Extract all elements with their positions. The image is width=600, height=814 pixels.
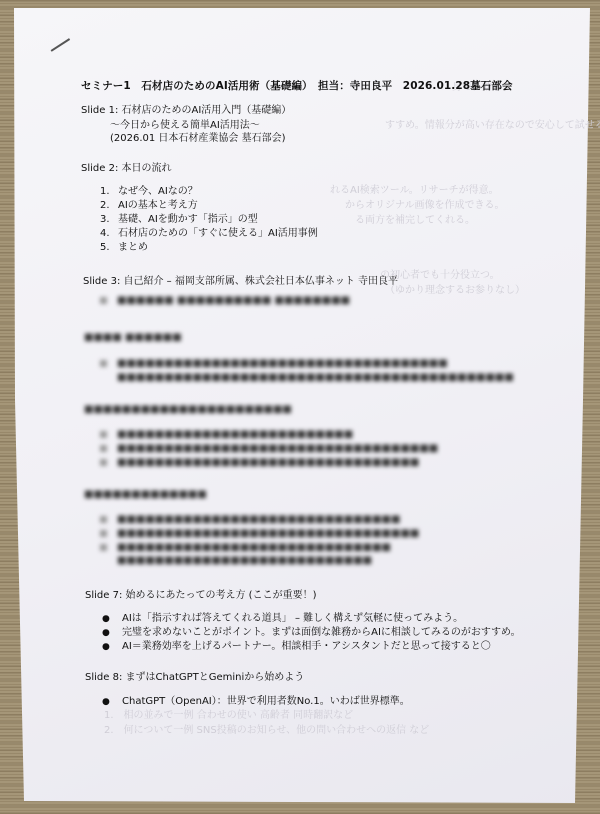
blurred-line: ■■■■■■■■■■■■■■■■■■■■■■■■■■■■■■ [100, 514, 400, 525]
blurred-line: ■■■■■■■■■■■■■■■■■■■■■■■■■ [100, 429, 353, 440]
bullet-item: ●AI＝業務効率を上げるパートナー。相談相手・アシスタントだと思って接すると〇 [102, 637, 491, 652]
blurred-line: ■■■■■■■■■■■■■■■■■■■■■■■■■■■■■■■■■■ [100, 443, 438, 454]
agenda-item: 4.石材店のための「すぐに使える」AI活用事例 [100, 224, 318, 239]
square-bullet-icon [100, 297, 107, 304]
document-header: セミナー1 石材店のためのAI活用術（基礎編） 担当：寺田良平 2026.01.… [81, 78, 513, 93]
agenda-item: 3.基礎、AIを動かす「指示」の型 [100, 210, 258, 225]
slide6-heading-blurred: ■■■■■■■■■■■■■ [84, 489, 207, 500]
square-bullet-icon [100, 445, 107, 452]
blurred-line: ■■■■■■■■■■■■■■■■■■■■■■■■■■■■■ [100, 542, 391, 553]
showthrough-text: 2. 何について一例 SNS投稿のお知らせ、他の問い合わせへの返信 など [104, 721, 429, 736]
showthrough-text: 1. 相の並みで一例 合わせの使い 高齢者 同時翻訳など [104, 706, 353, 721]
square-bullet-icon [100, 459, 107, 466]
square-bullet-icon [100, 544, 107, 551]
slide4-heading-blurred: ■■■■ ■■■■■■ [84, 332, 182, 343]
blurred-line: ■■■■■■■■■■■■■■■■■■■■■■■■■■■ [117, 555, 372, 566]
blurred-line: ■■■■■■■■■■■■■■■■■■■■■■■■■■■■■■■■ [100, 457, 419, 468]
showthrough-text: すすめ。情報分が高い存在なので安心して試せる。 [385, 116, 600, 131]
bullet-item: ●完璧を求めないことがポイント。まずは面倒な雑務からAIに相談してみるのがおすす… [102, 623, 521, 638]
agenda-item: 2.AIの基本と考え方 [100, 196, 198, 211]
square-bullet-icon [100, 516, 107, 523]
showthrough-text: からオリジナル画像を作成できる。 [345, 196, 505, 211]
slide1-org: (2026.01 日本石材産業協会 墓石部会) [110, 129, 286, 144]
square-bullet-icon [100, 530, 107, 537]
slide2-heading: Slide 2: 本日の流れ [81, 159, 172, 174]
bullet-item: ●AIは「指示すれば答えてくれる道具」 – 難しく構えず気軽に使ってみよう。 [102, 609, 463, 624]
agenda-item: 1.なぜ今、AIなの？ [100, 182, 198, 197]
showthrough-text: れるAI検索ツール。リサーチが得意。 [330, 181, 499, 196]
blurred-line: ■■■■■■■■■■■■■■■■■■■■■■■■■■■■■■■■■■■ [100, 358, 448, 369]
blurred-line: ■■■■■■■■■■■■■■■■■■■■■■■■■■■■■■■■ [100, 528, 419, 539]
document: 身で、効ら すすめ。情報分が高い存在なので安心して試せる。 れるAI検索ツール。… [0, 0, 600, 814]
showthrough-text: （ゆかり理念するお参りなし） [385, 281, 525, 296]
square-bullet-icon [100, 431, 107, 438]
pencil-mark [51, 38, 70, 51]
slide3-heading: Slide 3: 自己紹介 – 福岡支部所属、株式会社日本仏事ネット 寺田良平 [83, 272, 398, 287]
slide5-heading-blurred: ■■■■■■■■■■■■■■■■■■■■■■ [84, 404, 292, 415]
slide8-heading: Slide 8: まずはChatGPTとGeminiから始めよう [85, 668, 304, 683]
slide1-heading: Slide 1: 石材店のためのAI活用入門（基礎編） [81, 101, 291, 116]
bullet-item: ●ChatGPT（OpenAI）：世界で利用者数No.1。いわば世界標準。 [102, 692, 410, 707]
showthrough-text: る両方を補完してくれる。 [355, 211, 475, 226]
slide7-heading: Slide 7: 始めるにあたっての考え方 (ここが重要！) [85, 586, 316, 601]
blurred-line: ■■■■■■ ■■■■■■■■■■ ■■■■■■■■ [100, 295, 350, 306]
agenda-item: 5.まとめ [100, 238, 148, 253]
bullet-icon: ● [102, 642, 122, 652]
square-bullet-icon [100, 360, 107, 367]
blurred-line: ■■■■■■■■■■■■■■■■■■■■■■■■■■■■■■■■■■■■■■■■… [117, 372, 514, 383]
bullet-icon: ● [102, 697, 122, 707]
